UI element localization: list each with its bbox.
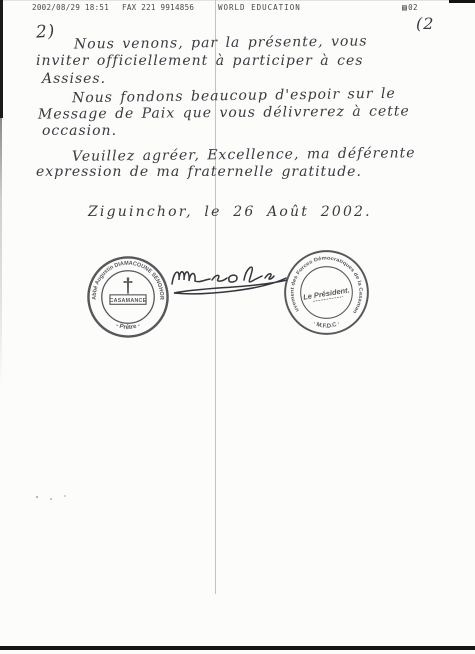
letter-line: Assises. [42,71,106,87]
president-stamp: Mouvement des Forces Démocratiques de la… [282,248,371,337]
letter-line: Veuillez agréer, Excellence, ma déférent… [72,145,416,165]
fax-number: FAX 221 9914856 [122,3,194,12]
fax-timestamp: 2002/08/29 18:51 [32,3,109,12]
fax-page: 2002/08/29 18:51 FAX 221 9914856 WORLD E… [0,0,475,654]
handwritten-page-number: 2) [35,21,56,42]
president-stamp-ring-text: Mouvement des Forces Démocratiques de la… [282,248,364,315]
fax-header: 2002/08/29 18:51 FAX 221 9914856 WORLD E… [0,3,475,15]
letter-line: Message de Paix que vous délivrerez à ce… [38,103,410,122]
scan-specks [36,496,38,498]
svg-text:Mouvement des Forces Démocrati: Mouvement des Forces Démocratiques de la… [282,248,364,315]
scan-bottom-edge [0,646,475,650]
scan-left-edge [0,0,3,118]
fax-page-indicator: ▤ 02 [402,3,418,12]
priest-stamp: Abbé Augustin DIAMACOUNE SENGHOR - Prêtr… [85,254,171,340]
letter-line: Nous venons, par la présente, vous [74,33,368,52]
fax-sender: WORLD EDUCATION [218,3,301,12]
cross-icon: † [122,274,133,297]
letter-line: expression de ma fraternelle gratitude. [36,164,362,180]
signature-scrawl [166,260,296,308]
page-icon: ▤ [402,4,407,12]
letter-line: inviter officiellement à participer à ce… [36,53,363,69]
svg-text:· M.F.D.C ·: · M.F.D.C · [312,321,341,330]
letter-line: occasion. [42,123,117,139]
handwritten-corner-mark: (2 [416,14,434,33]
fax-page-number: 02 [408,3,418,12]
letter-dateline: Ziguinchor, le 26 Août 2002. [88,204,372,220]
scan-top-edge [0,0,475,1]
scan-left-edge-faint [0,118,2,388]
priest-stamp-center-label: CASAMANCE [110,298,147,304]
president-stamp-bottom-text: · M.F.D.C · [312,321,341,330]
